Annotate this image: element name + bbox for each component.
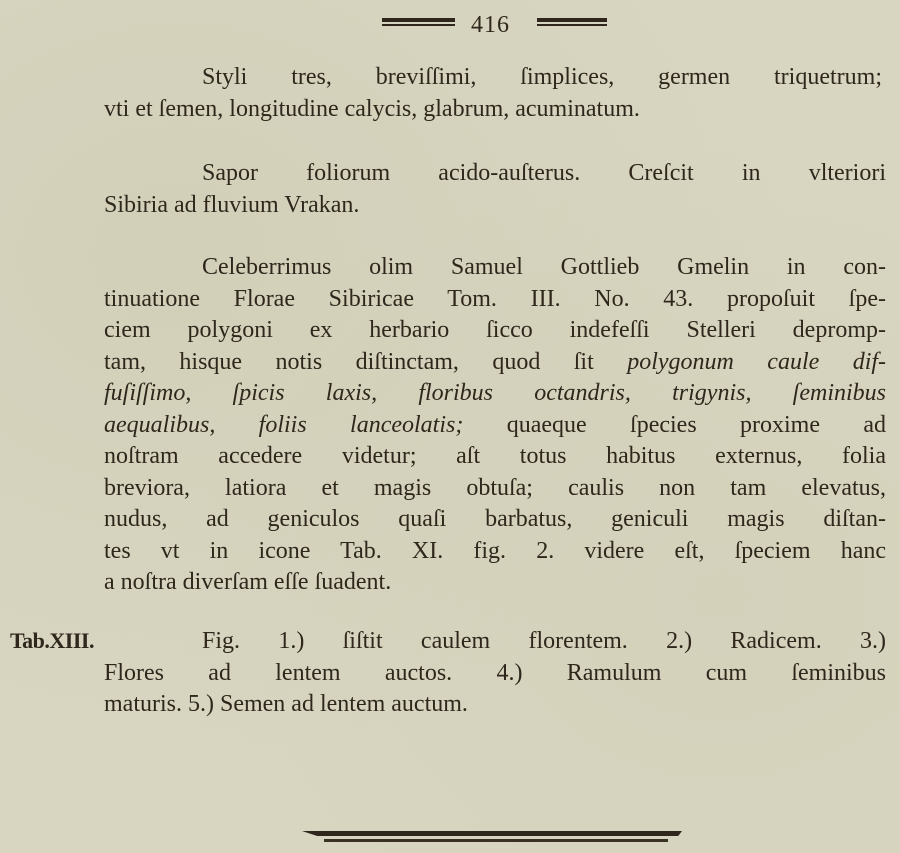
text-line: Sibiria ad fluvium Vrakan.: [104, 190, 886, 222]
italic-diagnosis: polygonum caule dif-: [627, 349, 886, 375]
text-line: ciem polygoni ex herbario ſicco indefeſſ…: [104, 315, 886, 347]
text-line: tam, hisque notis diſtinctam, quod ſit p…: [104, 347, 886, 379]
italic-diagnosis: fuſiſſimo, ſpicis laxis, floribus octand…: [104, 380, 886, 406]
paragraph-gmelin: Celeberrimus olim Samuel Gottlieb Gmelin…: [104, 252, 886, 599]
text-run: tam, hisque notis diſtinctam, quod ſit: [104, 349, 594, 375]
footer-rule-thick: [302, 831, 682, 836]
text-line: tes vt in icone Tab. XI. fig. 2. videre …: [104, 536, 886, 568]
text-line: nudus, ad geniculos quaſi barbatus, geni…: [104, 504, 886, 536]
text-line: aequalibus, foliis lanceolatis; quaeque …: [104, 410, 886, 442]
italic-diagnosis: aequalibus, foliis lanceolatis;: [104, 412, 463, 438]
text-line: Sapor foliorum acido-auſterus. Creſcit i…: [104, 158, 886, 190]
text-line: a noſtra diverſam eſſe ſuadent.: [104, 567, 886, 599]
text-line: tinuatione Florae Sibiricae Tom. III. No…: [104, 284, 886, 316]
paragraph-sapor: Sapor foliorum acido-auſterus. Creſcit i…: [104, 158, 886, 221]
text-line: vti et ſemen, longitudine calycis, glabr…: [104, 94, 886, 126]
header-rule-right: [537, 12, 607, 20]
plate-label: Tab.XIII.: [10, 628, 94, 654]
text-line: fuſiſſimo, ſpicis laxis, floribus octand…: [104, 378, 886, 410]
header-rule-left: [382, 12, 455, 20]
page-number: 416: [471, 12, 510, 39]
text-line: Flores ad lentem auctos. 4.) Ramulum cum…: [104, 658, 886, 690]
footer-rule: [302, 831, 682, 843]
text-line: Celeberrimus olim Samuel Gottlieb Gmelin…: [104, 252, 886, 284]
text-run: quaeque ſpecies proxime ad: [507, 412, 886, 438]
page-header: 416: [0, 12, 900, 36]
text-line: maturis. 5.) Semen ad lentem auctum.: [104, 689, 886, 721]
footer-rule-thin: [324, 839, 668, 842]
plate-caption: Fig. 1.) ſiſtit caulem florentem. 2.) Ra…: [104, 626, 886, 721]
text-line: Styli tres, breviſſimi, ſimplices, germe…: [104, 62, 882, 94]
text-line: noſtram accedere videtur; aſt totus habi…: [104, 441, 886, 473]
paragraph-styli: Styli tres, breviſſimi, ſimplices, germe…: [104, 62, 886, 125]
text-line: Fig. 1.) ſiſtit caulem florentem. 2.) Ra…: [104, 626, 886, 658]
text-line: breviora, latiora et magis obtuſa; cauli…: [104, 473, 886, 505]
